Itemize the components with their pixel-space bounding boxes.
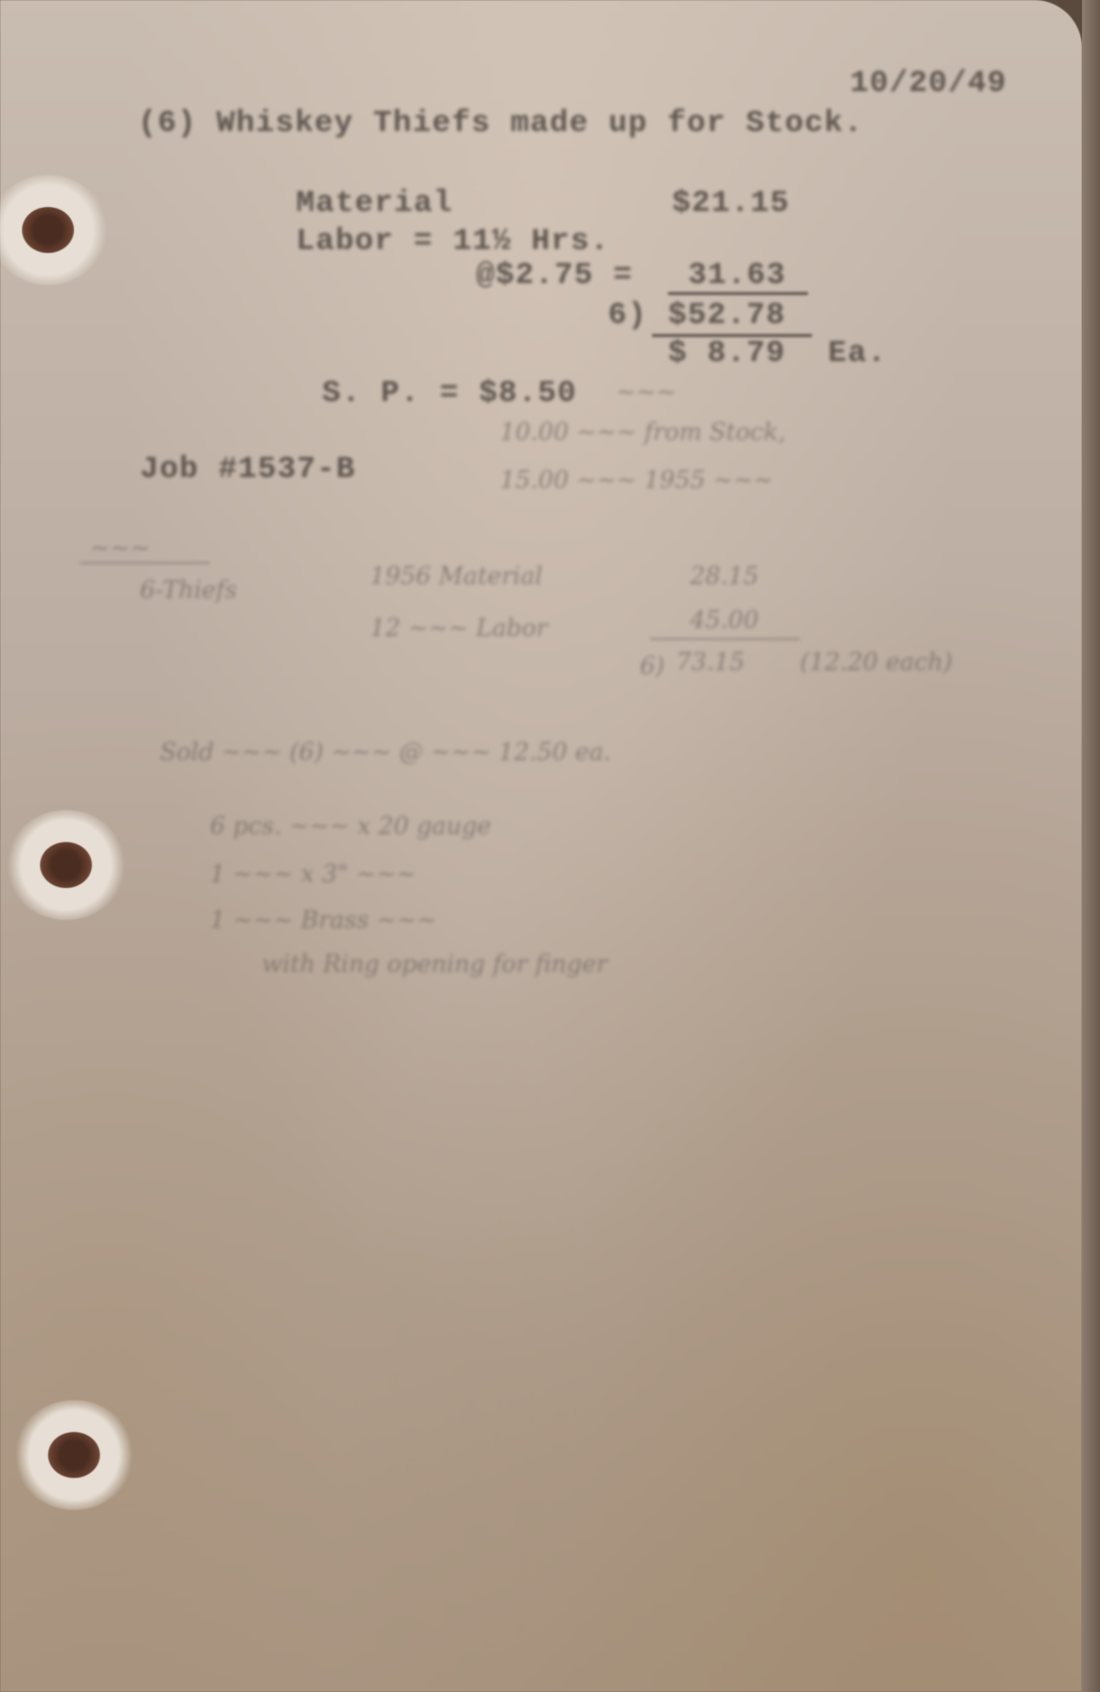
- hole-pit: [40, 842, 92, 888]
- labor-label: Labor = 11½ Hrs.: [296, 224, 610, 259]
- material-value: $21.15: [672, 186, 790, 221]
- binder-hole-middle: [6, 810, 126, 920]
- calc-divisor: 6): [640, 652, 665, 680]
- material-label: Material: [296, 186, 453, 221]
- calc-rule: [650, 638, 800, 640]
- calc-each-note: (12.20 each): [800, 648, 952, 676]
- spec-line-1: 6 pcs. ~~~ x 20 gauge: [210, 812, 491, 840]
- labor-value: 31.63: [688, 258, 786, 293]
- divisor: 6): [608, 298, 647, 333]
- per-each-unit: Ea.: [828, 336, 887, 371]
- hole-pit: [48, 1432, 100, 1478]
- hole-pit: [22, 207, 74, 253]
- margin-note-underline: [80, 562, 210, 564]
- sold-note: Sold ~~~ (6) ~~~ @ ~~~ 12.50 ea.: [160, 738, 611, 766]
- total-value: $52.78: [668, 298, 786, 333]
- calc-line-2-value: 45.00: [690, 606, 759, 634]
- per-each-value: $ 8.79: [668, 336, 786, 371]
- margin-note-2: 6-Thiefs: [140, 576, 237, 604]
- spec-line-3: 1 ~~~ Brass ~~~: [210, 906, 437, 934]
- calc-line-2-label: 12 ~~~ Labor: [370, 614, 548, 642]
- sp-pencil-note: ~~~: [616, 378, 676, 406]
- margin-note-1: ~~~: [90, 534, 150, 562]
- selling-price: S. P. = $8.50: [322, 376, 577, 411]
- binder-hole-top: [0, 175, 108, 285]
- document-date: 10/20/49: [850, 66, 1007, 101]
- binder-hole-bottom: [14, 1400, 134, 1510]
- calc-total: 73.15: [676, 648, 745, 676]
- labor-rate: @$2.75 =: [476, 258, 633, 293]
- page-edge-shadow: [1082, 0, 1100, 1692]
- calc-line-1-value: 28.15: [690, 562, 759, 590]
- job-note-line-1: 10.00 ~~~ from Stock,: [500, 418, 786, 446]
- calc-line-1-label: 1956 Material: [370, 562, 543, 590]
- sum-rule: [668, 292, 808, 295]
- document-title: (6) Whiskey Thiefs made up for Stock.: [138, 106, 863, 141]
- spec-line-2: 1 ~~~ x 3" ~~~: [210, 860, 416, 888]
- job-number: Job #1537-B: [140, 452, 356, 487]
- job-note-line-2: 15.00 ~~~ 1955 ~~~: [500, 466, 773, 494]
- spec-line-4: with Ring opening for finger: [262, 950, 608, 978]
- document-page: 10/20/49 (6) Whiskey Thiefs made up for …: [0, 0, 1082, 1692]
